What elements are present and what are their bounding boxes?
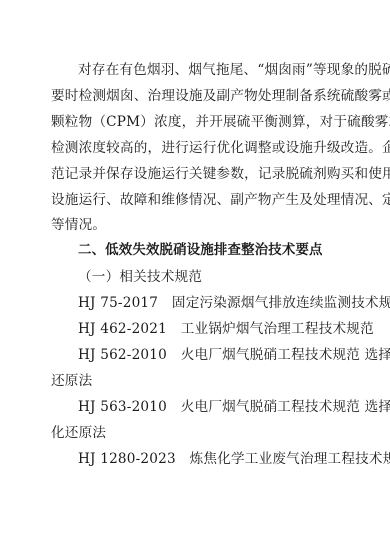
paragraph-line: 颗粒物（CPM）浓度，并开展硫平衡测算，对于硫酸雾或 CPM xyxy=(51,113,345,131)
subsection-heading: （一）相关技术规范 xyxy=(78,268,345,286)
standard-item-cont: 还原法 xyxy=(51,372,345,390)
paragraph-line: 等情况。 xyxy=(51,216,345,234)
section-heading: 二、低效失效脱硝设施排查整治技术要点 xyxy=(78,242,345,260)
standard-item-cont: 化还原法 xyxy=(51,424,345,442)
paragraph-line: 范记录并保存设施运行关键参数，记录脱硫剂购买和使用情况、 xyxy=(51,165,345,183)
paragraph-line: 设施运行、故障和维修情况、副产物产生及处理情况、定期检修 xyxy=(51,191,345,209)
standard-item: HJ 562-2010 火电厂烟气脱硝工程技术规范 选择性催化 xyxy=(78,346,345,364)
paragraph-line: 对存在有色烟羽、烟气拖尾、“烟囱雨”等现象的脱硫设施，必 xyxy=(78,61,345,79)
standard-item: HJ 462-2021 工业锅炉烟气治理工程技术规范 xyxy=(78,320,345,338)
paragraph-line: 检测浓度较高的，进行运行优化调整或设施升级改造。企业应规 xyxy=(51,139,345,157)
standard-item: HJ 563-2010 火电厂烟气脱硝工程技术规范 选择性非催 xyxy=(78,398,345,416)
standard-item: HJ 1280-2023 炼焦化学工业废气治理工程技术规范 xyxy=(78,450,345,468)
document-page: 对存在有色烟羽、烟气拖尾、“烟囱雨”等现象的脱硫设施，必 要时检测烟囱、治理设施… xyxy=(0,0,390,551)
paragraph-line: 要时检测烟囱、治理设施及副产物处理制备系统硫酸雾或可凝结 xyxy=(51,87,345,105)
standard-item: HJ 75-2017 固定污染源烟气排放连续监测技术规范 xyxy=(78,294,345,312)
